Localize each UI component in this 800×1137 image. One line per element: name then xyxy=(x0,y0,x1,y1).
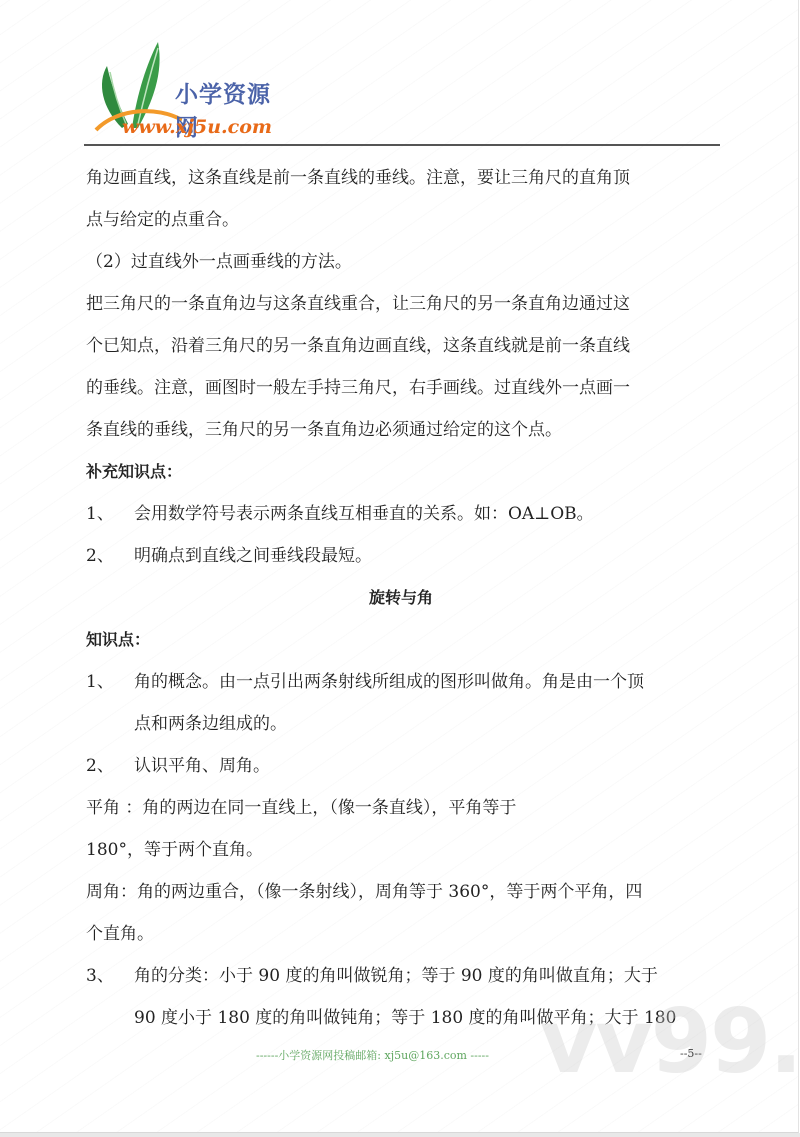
item-number: 1、 xyxy=(86,493,134,535)
straight-angle-def-continued: 180°，等于两个直角。 xyxy=(86,829,716,871)
document-page: 小学资源网 www.xj5u.com 角边画直线，这条直线是前一条直线的垂线。注… xyxy=(0,0,799,1133)
item-number: 1、 xyxy=(86,661,134,703)
item-number: 2、 xyxy=(86,535,134,577)
item-text: 角的概念。由一点引出两条射线所组成的图形叫做角。角是由一个顶 xyxy=(134,672,644,692)
header-divider xyxy=(84,144,720,146)
straight-angle-def: 平角 ：角的两边在同一直线上，（像一条直线），平角等于 xyxy=(86,787,716,829)
text-line: 个已知点，沿着三角尺的另一条直角边画直线，这条直线就是前一条直线 xyxy=(86,325,716,367)
text-line: 角边画直线，这条直线是前一条直线的垂线。注意，要让三角尺的直角顶 xyxy=(86,157,716,199)
section-title: 旋转与角 xyxy=(86,577,716,619)
text-line: 把三角尺的一条直角边与这条直线重合，让三角尺的另一条直角边通过这 xyxy=(86,283,716,325)
knowledge-heading: 知识点： xyxy=(86,619,716,661)
text-line: 条直线的垂线，三角尺的另一条直角边必须通过给定的这个点。 xyxy=(86,409,716,451)
logo-url: www.xj5u.com xyxy=(122,116,272,138)
knowledge-item: 2、认识平角、周角。 xyxy=(86,745,716,787)
supplement-item: 1、会用数学符号表示两条直线互相垂直的关系。如：OA⊥OB。 xyxy=(86,493,716,535)
document-body: 角边画直线，这条直线是前一条直线的垂线。注意，要让三角尺的直角顶 点与给定的点重… xyxy=(86,157,716,1039)
item-text-continued: 点和两条边组成的。 xyxy=(86,703,716,745)
text-line: 的垂线。注意，画图时一般左手持三角尺，右手画线。过直线外一点画一 xyxy=(86,367,716,409)
knowledge-item: 3、角的分类：小于 90 度的角叫做锐角；等于 90 度的角叫做直角；大于 xyxy=(86,955,716,997)
full-angle-def-continued: 个直角。 xyxy=(86,913,716,955)
item-text: 角的分类：小于 90 度的角叫做锐角；等于 90 度的角叫做直角；大于 xyxy=(134,966,658,986)
footer-text: ------小学资源网投稿邮箱: xj5u@163.com ----- xyxy=(256,1047,489,1063)
supplement-item: 2、明确点到直线之间垂线段最短。 xyxy=(86,535,716,577)
text-line: 点与给定的点重合。 xyxy=(86,199,716,241)
item-number: 3、 xyxy=(86,955,134,997)
site-logo: 小学资源网 www.xj5u.com xyxy=(92,38,292,144)
knowledge-item: 1、角的概念。由一点引出两条射线所组成的图形叫做角。角是由一个顶 xyxy=(86,661,716,703)
page-number: --5-- xyxy=(680,1047,702,1060)
item-text: 认识平角、周角。 xyxy=(134,756,270,776)
page-bottom-edge xyxy=(0,1133,800,1137)
item-text: 明确点到直线之间垂线段最短。 xyxy=(134,546,372,566)
page-header: 小学资源网 www.xj5u.com xyxy=(84,38,720,146)
item-text-continued: 90 度小于 180 度的角叫做钝角；等于 180 度的角叫做平角；大于 180 xyxy=(86,997,716,1039)
full-angle-def: 周角：角的两边重合，（像一条射线），周角等于 360°，等于两个平角，四 xyxy=(86,871,716,913)
item-number: 2、 xyxy=(86,745,134,787)
supplement-heading: 补充知识点： xyxy=(86,451,716,493)
text-line: （2）过直线外一点画垂线的方法。 xyxy=(86,241,716,283)
item-text: 会用数学符号表示两条直线互相垂直的关系。如：OA⊥OB。 xyxy=(134,504,594,524)
